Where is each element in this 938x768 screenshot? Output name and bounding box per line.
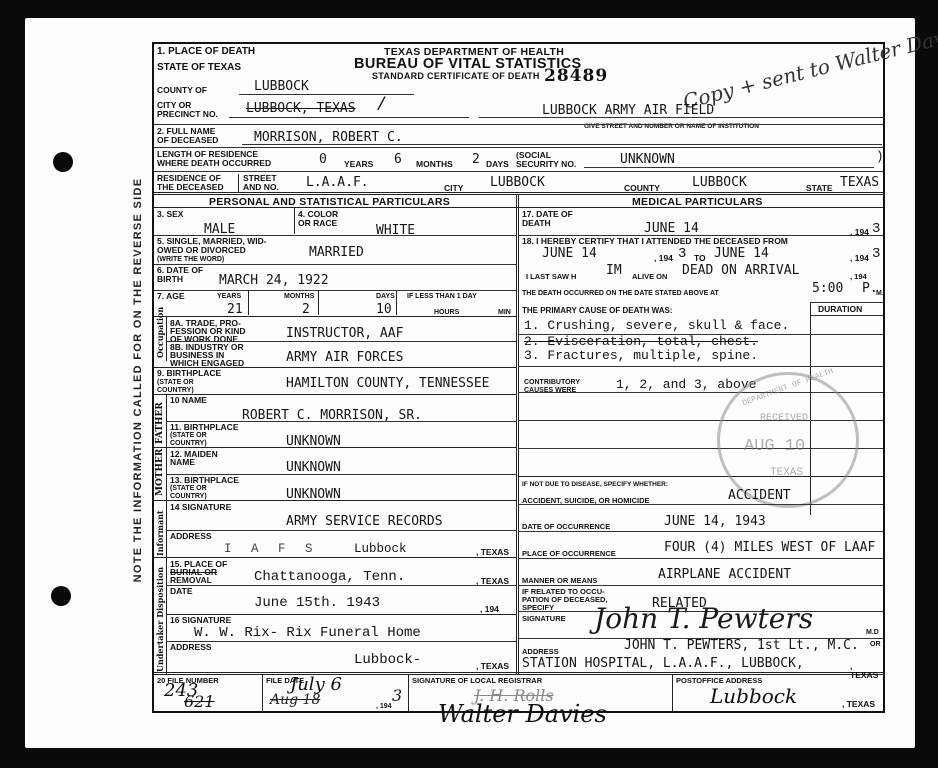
occurrence-place: FOUR (4) MILES WEST OF LAAF: [664, 540, 875, 555]
md-label: M.D: [866, 628, 879, 637]
death-time: 5:00: [812, 281, 843, 296]
city-label-2: PRECINCT NO.: [157, 110, 218, 119]
stamp-received: RECEIVED: [760, 413, 808, 424]
ssn-value: UNKNOWN: [620, 152, 675, 167]
street-label-2: AND NO.: [243, 183, 279, 192]
physician-state: , TEXAS: [850, 662, 883, 680]
underline: [239, 94, 414, 95]
stamp-date: AUG 10: [744, 437, 805, 456]
divider: [154, 124, 883, 125]
cause-2: 2. Evisceration, total, chest.: [524, 334, 758, 349]
attended-from-year: 3: [678, 246, 686, 262]
divider: [318, 291, 319, 315]
trade-value: INSTRUCTOR, AAF: [286, 326, 403, 341]
months-label: MONTHS: [416, 160, 453, 169]
or-label: OR: [870, 640, 881, 649]
less-than-day-label: IF LESS THAN 1 DAY: [407, 292, 477, 301]
divider: [154, 171, 883, 172]
age-months: 2: [302, 302, 310, 317]
stamp-top: DEPARTMENT OF HEALTH: [741, 367, 834, 408]
last-saw-label: I LAST SAW H: [526, 272, 576, 281]
physician-signature: John T. Pewters: [594, 602, 813, 635]
divider: [810, 302, 883, 303]
informant-signature: ARMY SERVICE RECORDS: [286, 514, 443, 529]
divider: [396, 291, 397, 315]
accident-value: ACCIDENT: [728, 488, 791, 503]
place-of-death-label: 1. PLACE OF DEATH: [157, 46, 255, 57]
not-disease-label: IF NOT DUE TO DISEASE, SPECIFY WHETHER:: [522, 480, 668, 489]
occurrence-date-label: DATE OF OCCURRENCE: [522, 522, 610, 531]
residence-length-label-2: WHERE DEATH OCCURRED: [157, 159, 271, 168]
informant-address-1: I A F S: [224, 542, 319, 556]
underline: [539, 117, 884, 118]
divider: [166, 641, 516, 642]
physician-address: STATION HOSPITAL, L.A.A.F., LUBBOCK,: [522, 656, 804, 671]
city-value: LUBBOCK: [490, 175, 545, 190]
primary-cause-label: THE PRIMARY CAUSE OF DEATH WAS:: [522, 306, 673, 315]
m-label: M.: [876, 289, 884, 298]
divider: [154, 290, 516, 291]
informant-state: , TEXAS: [476, 548, 509, 557]
divider: [408, 674, 409, 711]
stamp-bottom: TEXAS: [770, 467, 803, 479]
divider: [672, 674, 673, 711]
death-date: JUNE 14: [644, 221, 699, 236]
age-days-label: DAYS: [376, 292, 395, 301]
divider: [166, 558, 167, 675]
punch-hole-bottom: [51, 586, 71, 606]
divider: [294, 208, 295, 234]
informant-group-label: Informant: [155, 510, 165, 556]
death-time-label: THE DEATH OCCURRED ON THE DATE STATED AB…: [522, 289, 719, 298]
divider: [248, 291, 249, 315]
underline: [242, 144, 882, 145]
mother-group-label: MOTHER: [155, 449, 165, 496]
divider: [154, 264, 516, 265]
divider: [154, 394, 516, 395]
institution-value: LUBBOCK ARMY AIR FIELD: [542, 103, 714, 118]
last-saw-pronoun: IM: [606, 263, 622, 278]
divider: [154, 557, 516, 558]
father-group-label: FATHER: [155, 402, 165, 444]
alive-on-label: ALIVE ON: [632, 272, 667, 281]
duration-label: DURATION: [818, 305, 862, 314]
postoffice-value: Lubbock: [710, 684, 797, 708]
underline: [479, 117, 539, 118]
res-county-value: LUBBOCK: [692, 175, 747, 190]
occupation-group-label: Occupation: [155, 307, 165, 358]
cause-3: 3. Fractures, multiple, spine.: [524, 348, 758, 363]
divider: [518, 504, 883, 505]
name-label-2: OF DECEASED: [157, 136, 218, 145]
sex-label: 3. SEX: [157, 210, 183, 219]
divider: [518, 531, 883, 532]
death-certificate-form: 1. PLACE OF DEATH STATE OF TEXAS TEXAS D…: [152, 42, 885, 713]
attended-to-year: 3: [872, 246, 880, 262]
age-days: 10: [376, 302, 392, 317]
divider: [166, 530, 516, 531]
burial-date-label: DATE: [170, 587, 193, 596]
undertaker-state: , TEXAS: [476, 662, 509, 671]
undertaker-address: Lubbock-: [354, 652, 421, 668]
occurrence-date: JUNE 14, 1943: [664, 514, 766, 529]
ssn-label-2: SECURITY NO.: [516, 160, 576, 169]
dob-value: MARCH 24, 1922: [219, 273, 329, 288]
attended-to: JUNE 14: [714, 246, 769, 261]
cause-1: 1. Crushing, severe, skull & face.: [524, 318, 789, 333]
divider: [262, 674, 263, 711]
column-divider: [516, 195, 519, 675]
res-state-value: TEXAS: [840, 175, 879, 190]
deceased-name: MORRISON, ROBERT C.: [254, 130, 403, 145]
occurrence-place-label: PLACE OF OCCURRENCE: [522, 549, 616, 558]
file-date-struck: Aug 18: [270, 692, 320, 708]
divider: [518, 585, 883, 586]
undertaker-signature: W. W. Rix- Rix Funeral Home: [194, 625, 421, 641]
undertaker-sig-label: 16 SIGNATURE: [170, 616, 231, 625]
to-label: TO: [694, 254, 706, 263]
marital-value: MARRIED: [309, 245, 364, 260]
age-years: 21: [227, 302, 243, 317]
burial-label-3: REMOVAL: [170, 576, 212, 585]
marital-label-3: (WRITE THE WORD): [157, 255, 224, 264]
divider: [518, 558, 883, 559]
divider: [238, 174, 239, 192]
state-label: STATE OF TEXAS: [157, 62, 241, 73]
county-label: COUNTY OF: [157, 86, 207, 95]
burial-date: June 15th. 1943: [254, 595, 380, 611]
registrar-label: SIGNATURE OF LOCAL REGISTRAR: [412, 676, 542, 685]
undertaker-address-label: ADDRESS: [170, 643, 212, 652]
birthplace-value: HAMILTON COUNTY, TENNESSEE: [286, 376, 490, 391]
city-struck-value: LUBBOCK, TEXAS: [246, 101, 356, 116]
birthplace-label-1: 9. BIRTHPLACE: [157, 369, 221, 378]
age-months-label: MONTHS: [284, 292, 314, 301]
side-note: NOTE THE INFORMATION CALLED FOR ON THE R…: [128, 170, 148, 590]
dob-label-2: BIRTH: [157, 275, 183, 284]
certify-label: 18. I HEREBY CERTIFY THAT I ATTENDED THE…: [522, 237, 788, 246]
informant-sig-label: 14 SIGNATURE: [170, 503, 231, 512]
residence-months: 6: [394, 152, 402, 167]
burial-place: Chattanooga, Tenn.: [254, 569, 405, 585]
divider: [154, 207, 883, 208]
residence-years: 0: [319, 152, 327, 167]
disposition-group-label: Undertaker Disposition: [155, 567, 165, 672]
age-years-label: YEARS: [217, 292, 241, 301]
days-label: DAYS: [486, 160, 509, 169]
side-note-text: NOTE THE INFORMATION CALLED FOR ON THE R…: [132, 178, 144, 583]
signature-label: SIGNATURE: [522, 614, 566, 623]
divider: [154, 316, 516, 317]
manner-value: AIRPLANE ACCIDENT: [658, 567, 791, 582]
informant-address-2: Lubbock: [354, 542, 407, 556]
marital-label-2: OWED OR DIVORCED: [157, 246, 246, 255]
burial-date-suffix: , 194: [480, 605, 499, 614]
underline: [584, 167, 874, 168]
underline: [229, 117, 469, 118]
physician-name: JOHN T. PEWTERS, 1st Lt., M.C.: [624, 638, 859, 653]
county-value: LUBBOCK: [254, 79, 309, 94]
divider: [154, 447, 516, 448]
mother-maiden-label-2: NAME: [170, 458, 195, 467]
race-label-2: OR RACE: [298, 219, 337, 228]
year-prefix-alive: , 194: [850, 272, 867, 281]
divider: [166, 317, 167, 361]
attended-from: JUNE 14: [542, 246, 597, 261]
ssn-paren: ): [876, 150, 884, 164]
file-date-year-prefix: , 194: [376, 702, 392, 711]
divider: [154, 147, 883, 148]
death-date-label-2: DEATH: [522, 219, 551, 228]
street-value: L.A.A.F.: [306, 175, 369, 190]
postoffice-state: , TEXAS: [842, 700, 875, 709]
divider: [166, 501, 167, 557]
certificate-type: STANDARD CERTIFICATE OF DEATH: [372, 71, 540, 81]
contributory-causes: 1, 2, and 3, above: [616, 377, 756, 392]
informant-address-label: ADDRESS: [170, 532, 212, 541]
city-mark: /: [376, 96, 387, 116]
father-name-label: 10 NAME: [170, 396, 207, 405]
year-prefix-to: , 194: [850, 254, 869, 263]
divider: [810, 315, 883, 316]
mother-maiden: UNKNOWN: [286, 460, 341, 475]
divider: [166, 585, 516, 586]
industry-value: ARMY AIR FORCES: [286, 350, 403, 365]
certificate-number: 28489: [544, 66, 608, 86]
age-label: 7. AGE: [157, 292, 185, 301]
alive-on: DEAD ON ARRIVAL: [682, 263, 799, 278]
divider: [154, 672, 883, 675]
punch-hole-top: [53, 152, 73, 172]
file-date-year: 3: [392, 686, 402, 705]
residence-label-2: THE DECEASED: [157, 183, 224, 192]
year-prefix-from: , 194: [654, 254, 673, 263]
manner-label: MANNER OR MEANS: [522, 576, 597, 585]
file-number-struck: 621: [184, 692, 215, 711]
contributory-label-2: CAUSES WERE: [524, 386, 576, 395]
registrar-signature: Walter Davies: [438, 700, 607, 728]
divider: [154, 500, 516, 501]
years-label: YEARS: [344, 160, 373, 169]
physician-address-label: ADDRESS: [522, 647, 559, 656]
residence-days: 2: [472, 152, 480, 167]
